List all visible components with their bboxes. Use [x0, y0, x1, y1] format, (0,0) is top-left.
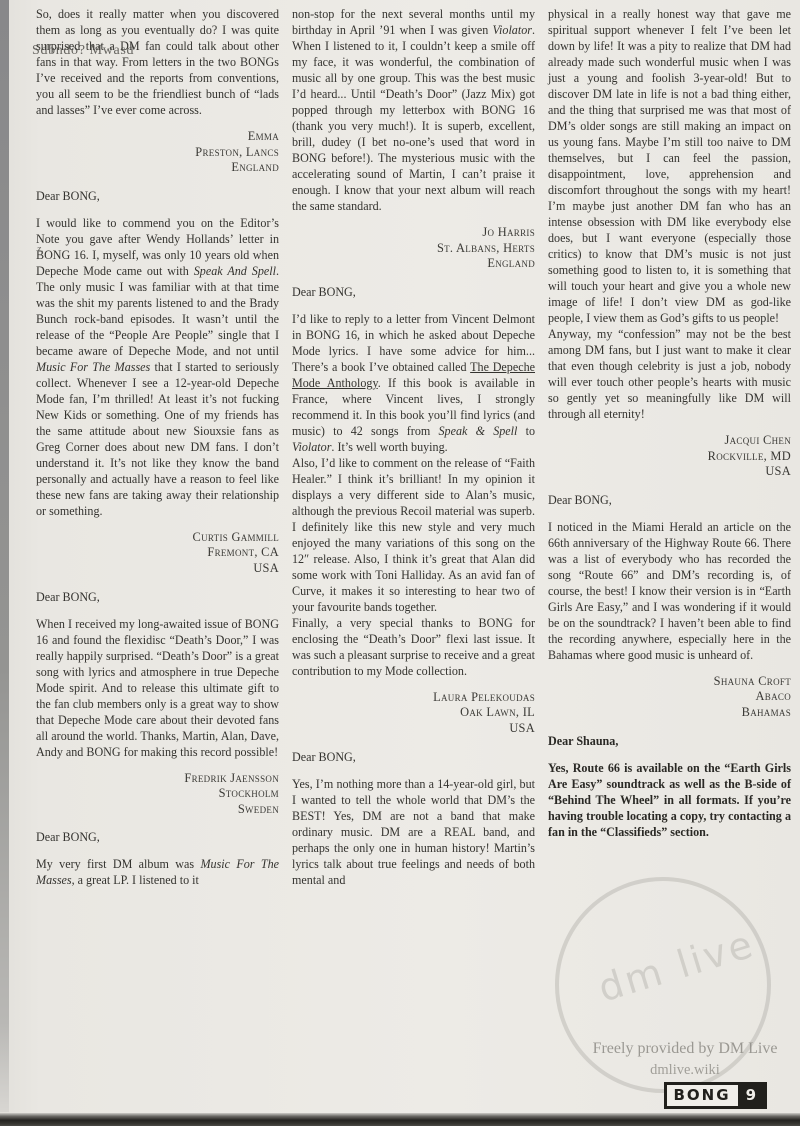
scan-left-edge	[0, 0, 9, 1112]
salutation: Dear BONG,	[36, 589, 279, 605]
watermark-line1: Freely provided by DM Live	[560, 1040, 800, 1058]
letter-paragraph: non-stop for the next several months unt…	[292, 6, 535, 214]
text-column: So, does it really matter when you disco…	[36, 6, 279, 899]
signature-line: England	[292, 256, 535, 272]
page-badge: BONG 9	[664, 1082, 768, 1109]
signature-line: Emma	[36, 129, 279, 145]
salutation: Dear BONG,	[36, 188, 279, 204]
letter-signature: Jo HarrisSt. Albans, HertsEngland	[292, 225, 535, 272]
letter-paragraph: Anyway, my “confession” may not be the b…	[548, 326, 791, 422]
signature-line: USA	[548, 464, 791, 480]
salutation: Dear BONG,	[292, 749, 535, 765]
pen-mark-artifact: z.	[37, 243, 44, 255]
letter-paragraph: physical in a really honest way that gav…	[548, 6, 791, 326]
salutation: Dear BONG,	[292, 284, 535, 300]
letter-paragraph: My very first DM album was Music For The…	[36, 856, 279, 888]
scanned-magazine-page: So, does it really matter when you disco…	[0, 0, 800, 1126]
letter-paragraph: I’d like to reply to a letter from Vince…	[292, 311, 535, 455]
watermark-line2: dmlive.wiki	[595, 1062, 775, 1079]
signature-line: Sweden	[36, 802, 279, 818]
overprint-artifact: Sdbndo? Mwasd	[32, 42, 134, 58]
signature-line: England	[36, 160, 279, 176]
letter-paragraph: Finally, a very special thanks to BONG f…	[292, 615, 535, 679]
letter-signature: Curtis GammillFremont, CAUSA	[36, 530, 279, 577]
page-number: 9	[738, 1085, 764, 1106]
letter-signature: Laura PelekoudasOak Lawn, ILUSA	[292, 690, 535, 737]
salutation: Dear BONG,	[36, 829, 279, 845]
letter-signature: Shauna CroftAbacoBahamas	[548, 674, 791, 721]
signature-line: St. Albans, Herts	[292, 241, 535, 257]
salutation: Dear Shauna,	[548, 733, 791, 749]
text-column: physical in a really honest way that gav…	[548, 6, 791, 899]
signature-line: Curtis Gammill	[36, 530, 279, 546]
signature-line: Bahamas	[548, 705, 791, 721]
letter-paragraph: I noticed in the Miami Herald an article…	[548, 519, 791, 663]
letter-signature: Jacqui ChenRockville, MDUSA	[548, 433, 791, 480]
signature-line: Rockville, MD	[548, 449, 791, 465]
signature-line: Jo Harris	[292, 225, 535, 241]
signature-line: Jacqui Chen	[548, 433, 791, 449]
signature-line: Fredrik Jaensson	[36, 771, 279, 787]
text-column: non-stop for the next several months unt…	[292, 6, 535, 899]
salutation: Dear BONG,	[548, 492, 791, 508]
letters-columns: So, does it really matter when you disco…	[36, 6, 792, 899]
dmlive-logo-text: dm live	[593, 921, 760, 1010]
letter-paragraph: Yes, I’m nothing more than a 14-year-old…	[292, 776, 535, 888]
signature-line: USA	[292, 721, 535, 737]
bong-logo: BONG	[667, 1085, 738, 1106]
signature-line: USA	[36, 561, 279, 577]
letter-paragraph: Also, I’d like to comment on the release…	[292, 455, 535, 615]
signature-line: Shauna Croft	[548, 674, 791, 690]
signature-line: Oak Lawn, IL	[292, 705, 535, 721]
signature-line: Stockholm	[36, 786, 279, 802]
signature-line: Fremont, CA	[36, 545, 279, 561]
signature-line: Abaco	[548, 689, 791, 705]
letter-signature: Fredrik JaenssonStockholmSweden	[36, 771, 279, 818]
scan-bottom-edge	[0, 1113, 800, 1126]
letter-signature: EmmaPreston, LancsEngland	[36, 129, 279, 176]
letter-paragraph: When I received my long-awaited issue of…	[36, 616, 279, 760]
letter-paragraph: Yes, Route 66 is available on the “Earth…	[548, 760, 791, 840]
letter-paragraph: So, does it really matter when you disco…	[36, 6, 279, 118]
signature-line: Laura Pelekoudas	[292, 690, 535, 706]
signature-line: Preston, Lancs	[36, 145, 279, 161]
letter-paragraph: I would like to commend you on the Edito…	[36, 215, 279, 519]
